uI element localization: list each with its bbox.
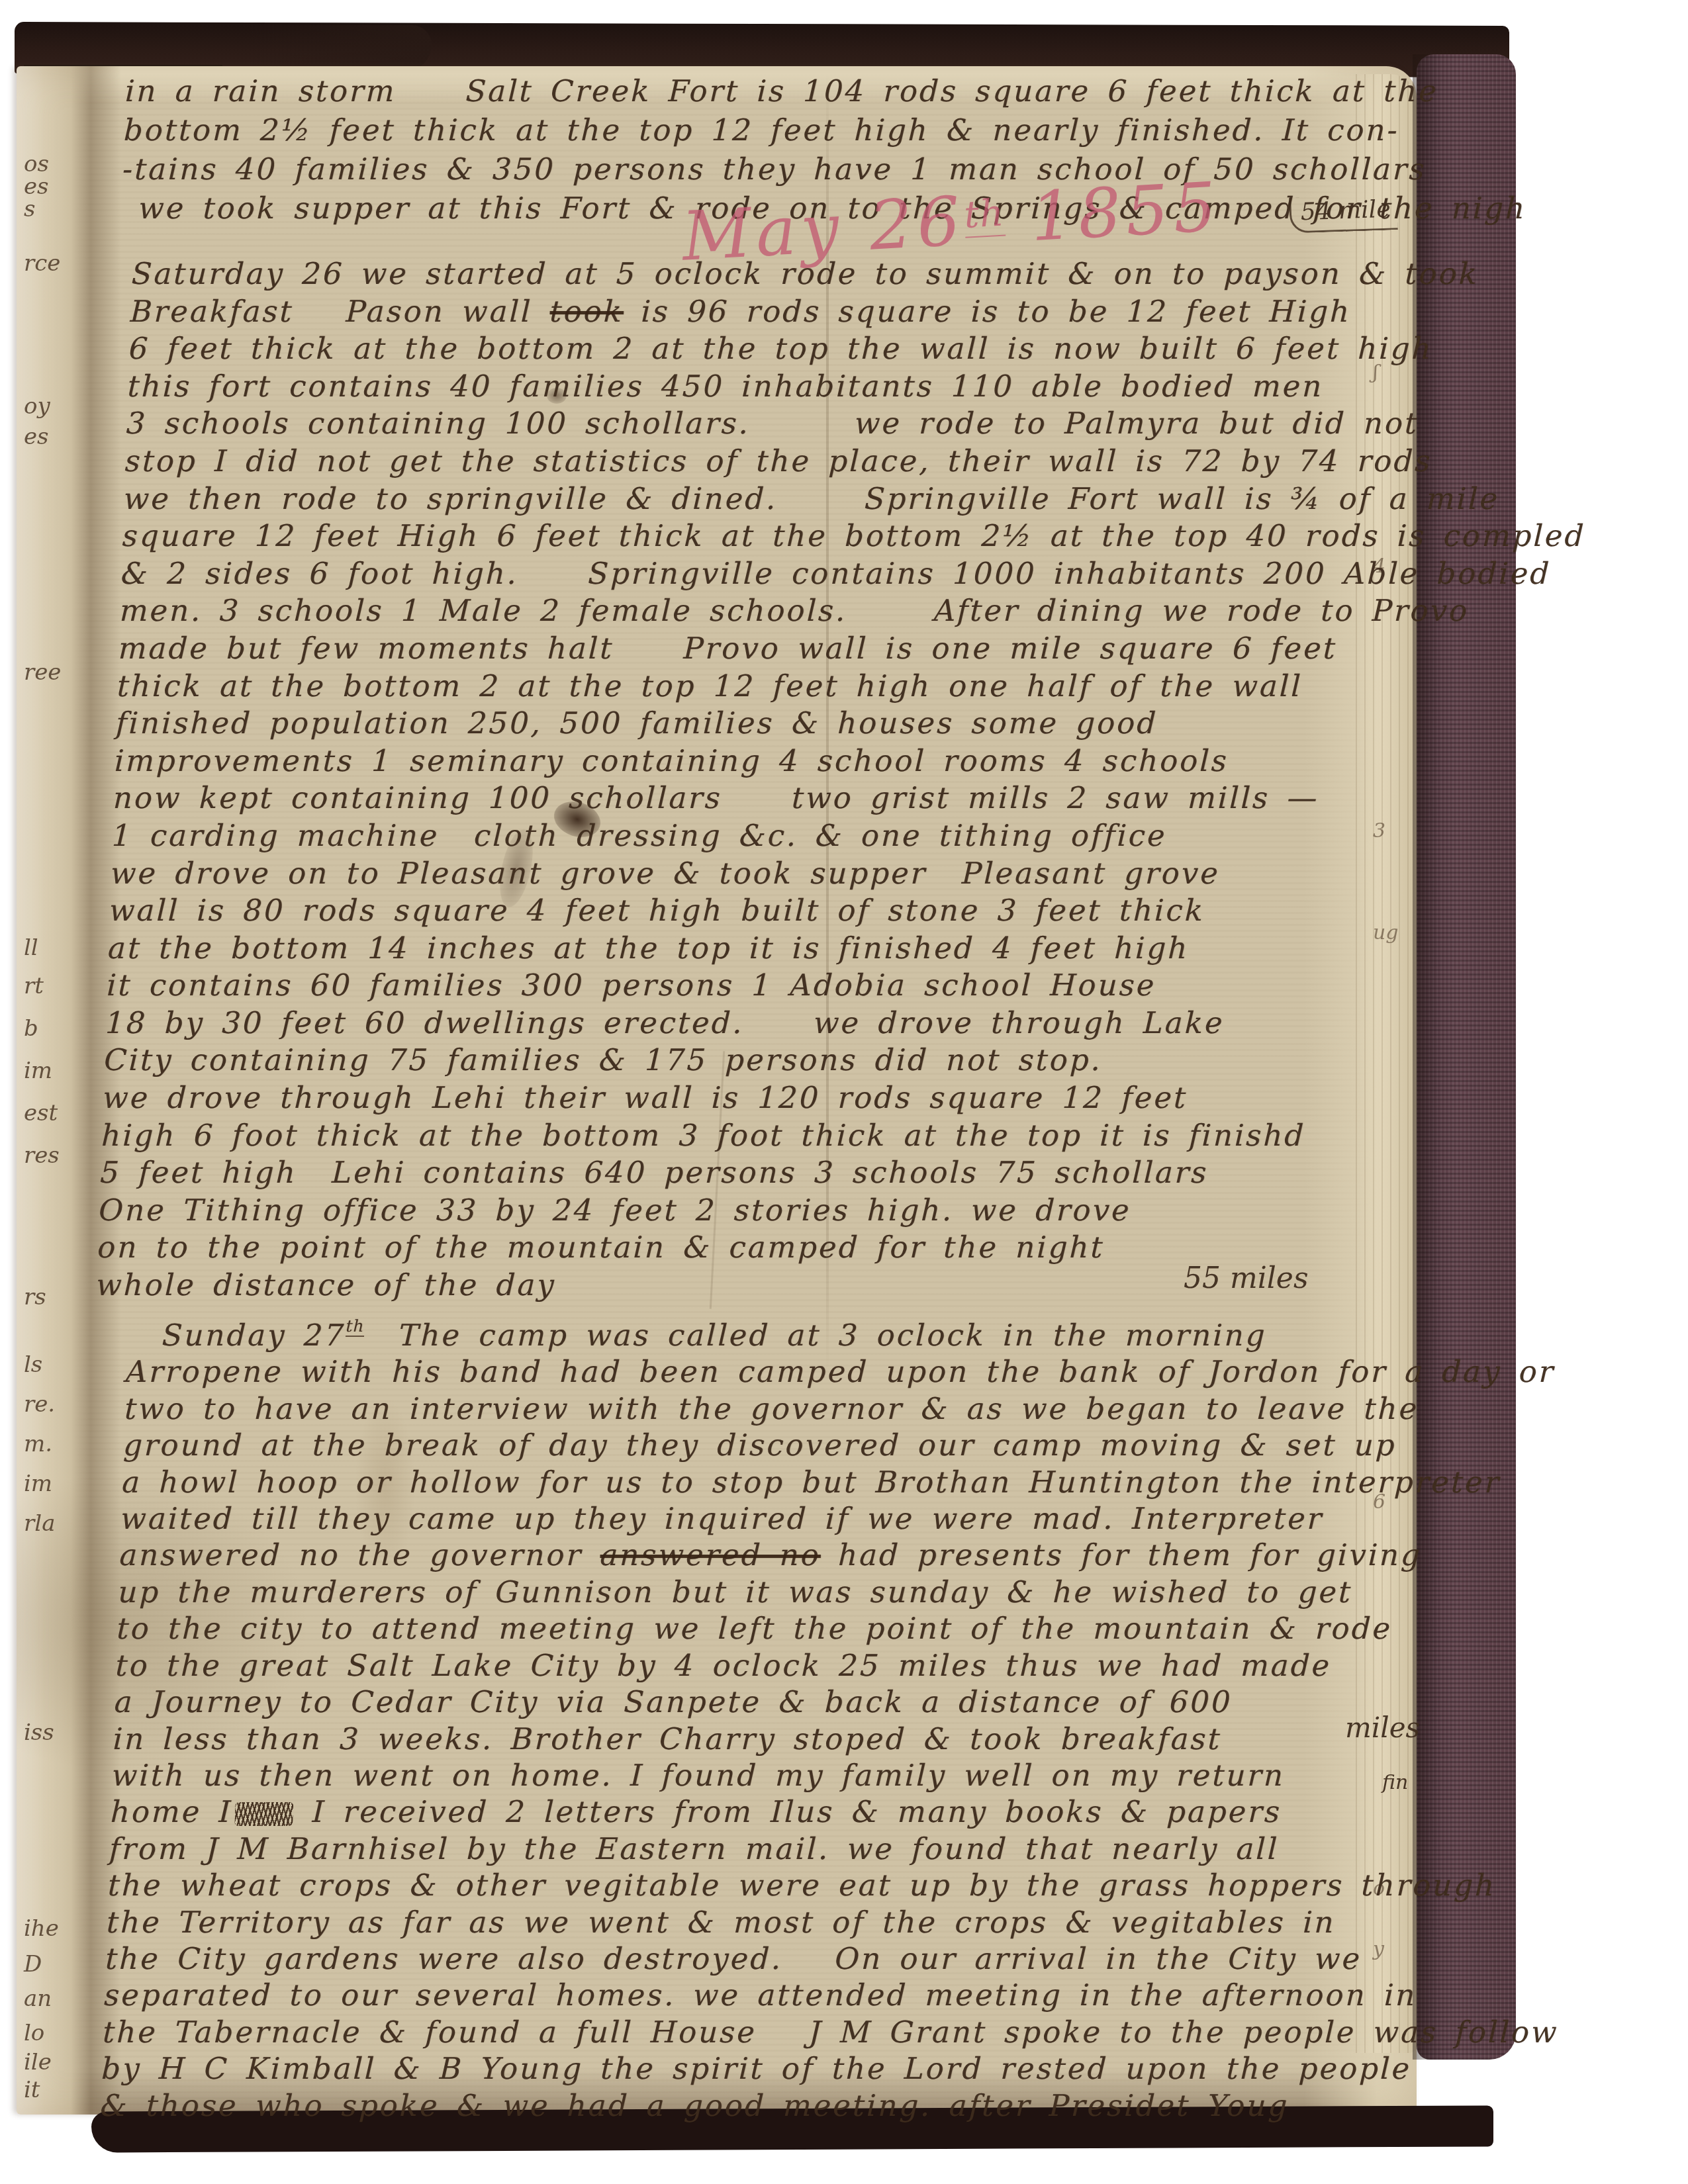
journal-line: improvements 1 seminary containing 4 sch… [114, 743, 1578, 780]
journal-line: Sunday 27th The camp was called at 3 ocl… [126, 1308, 1584, 1353]
interlinear-insert-note: fin [1382, 1771, 1408, 1794]
journal-line: finished population 250, 500 families & … [115, 705, 1579, 743]
margin-fragment: im [24, 1471, 52, 1497]
journal-line: the Tabernacle & found a full House J M … [102, 2014, 1559, 2050]
margin-fragment: lo [24, 2020, 44, 2046]
journal-line: 6 feet thick at the bottom 2 at the top … [128, 330, 1593, 368]
margin-fragment: iss [24, 1719, 54, 1746]
mileage-note-total: 55 miles [1184, 1261, 1308, 1295]
journal-line: on to the point of the mountain & camped… [97, 1229, 1561, 1267]
distance-unit-note: miles [1345, 1711, 1420, 1744]
journal-line: thick at the bottom 2 at the top 12 feet… [117, 668, 1581, 705]
journal-line: -tains 40 families & 350 persons they ha… [122, 150, 1528, 189]
journal-line: & those who spoke & we had a good meetin… [99, 2087, 1556, 2124]
margin-fragment: ile [24, 2049, 52, 2075]
journal-line: now kept containing 100 schollars two gr… [113, 780, 1577, 817]
journal-line: 1 carding machine cloth dressing &c. & o… [111, 817, 1575, 855]
journal-line: One Tithing office 33 by 24 feet 2 stori… [98, 1192, 1562, 1230]
margin-fragment: ihe [24, 1915, 59, 1942]
journal-line: bottom 2½ feet thick at the top 12 feet … [123, 111, 1530, 150]
journal-line: answered no the governor answered no had… [118, 1537, 1575, 1573]
margin-fragment: res [24, 1142, 60, 1169]
margin-fragment: rt [24, 973, 44, 999]
journal-line: men. 3 schools 1 Male 2 female schools. … [119, 592, 1583, 630]
journal-line: up the murderers of Gunnison but it was … [118, 1574, 1575, 1610]
margin-fragment: s [24, 196, 35, 222]
entry-block-may26-saturday: Saturday 26 we started at 5 oclock rode … [95, 255, 1595, 1304]
journal-line: separated to our several homes. we atten… [103, 1977, 1560, 2013]
journal-line: it contains 60 families 300 persons 1 Ad… [106, 967, 1570, 1005]
journal-line: by H C Kimball & B Young the spirit of t… [101, 2050, 1558, 2087]
journal-line: a howl hoop or hollow for us to stop but… [121, 1464, 1578, 1500]
journal-line: square 12 feet High 6 feet thick at the … [122, 518, 1586, 555]
margin-fragment: an [24, 1985, 52, 2012]
journal-line: we drove through Lehi their wall is 120 … [102, 1079, 1566, 1117]
journal-line: & 2 sides 6 foot high. Springville conta… [120, 555, 1585, 593]
journal-line: 18 by 30 feet 60 dwellings erected. we d… [105, 1005, 1569, 1042]
mileage-note-day: 54 mile [1289, 194, 1398, 234]
margin-fragment: D [24, 1951, 42, 1978]
margin-fragment: it [24, 2077, 40, 2103]
journal-line: Breakfast Pason wall took is 96 rods squ… [130, 293, 1594, 331]
journal-line: at the bottom 14 inches at the top it is… [107, 930, 1571, 968]
margin-fragment: ll [24, 934, 38, 961]
journal-line: we drove on to Pleasant grove & took sup… [110, 855, 1574, 893]
journal-line: City containing 75 families & 175 person… [103, 1042, 1568, 1079]
journal-line: from J M Barnhisel by the Eastern mail. … [109, 1831, 1566, 1867]
journal-line: wall is 80 rods square 4 feet high built… [109, 892, 1573, 930]
journal-line: the City gardens were also destroyed. On… [105, 1940, 1562, 1977]
margin-fragment: est [24, 1100, 58, 1126]
margin-fragment: m. [24, 1431, 52, 1457]
margin-fragment: b [24, 1015, 38, 1042]
journal-line: waited till they came up they inquired i… [120, 1500, 1577, 1537]
margin-fragment: rla [24, 1510, 55, 1537]
journal-line: whole distance of the day [95, 1267, 1560, 1304]
journal-line: with us then went on home. I found my fa… [111, 1757, 1568, 1794]
margin-fragment: ls [24, 1351, 42, 1378]
journal-line: 3 schools containing 100 schollars. we r… [126, 405, 1590, 443]
journal-line: we then rode to springville & dined. Spr… [123, 480, 1587, 518]
margin-fragment: ree [24, 659, 62, 686]
journal-line: two to have an interview with the govern… [124, 1390, 1581, 1427]
margin-fragment: rs [24, 1284, 46, 1310]
journal-line: to the great Salt Lake City by 4 oclock … [115, 1647, 1572, 1684]
margin-fragment: rce [24, 250, 60, 277]
margin-fragment: re. [24, 1391, 55, 1418]
journal-line: made but few moments halt Provo wall is … [118, 630, 1582, 668]
margin-fragment: im [24, 1058, 52, 1084]
journal-line: high 6 foot thick at the bottom 3 foot t… [101, 1117, 1565, 1155]
journal-line: 5 feet high Lehi contains 640 persons 3 … [99, 1154, 1564, 1192]
journal-line: home I I received 2 letters from Ilus & … [110, 1794, 1567, 1830]
journal-line: Arropene with his band had been camped u… [125, 1353, 1582, 1390]
journal-line: to the city to attend meeting we left th… [117, 1610, 1573, 1647]
journal-line: stop I did not get the statistics of the… [124, 443, 1589, 480]
journal-line: the Territory as far as we went & most o… [106, 1904, 1563, 1940]
journal-line: this fort contains 40 families 450 inhab… [127, 368, 1591, 406]
journal-line: the wheat crops & other vegitable were e… [107, 1867, 1564, 1903]
journal-line: in a rain storm Salt Creek Fort is 104 r… [124, 71, 1531, 111]
margin-fragment: es [24, 424, 49, 450]
margin-fragment: oy [24, 393, 50, 420]
journal-line: ground at the break of day they discover… [122, 1427, 1579, 1463]
